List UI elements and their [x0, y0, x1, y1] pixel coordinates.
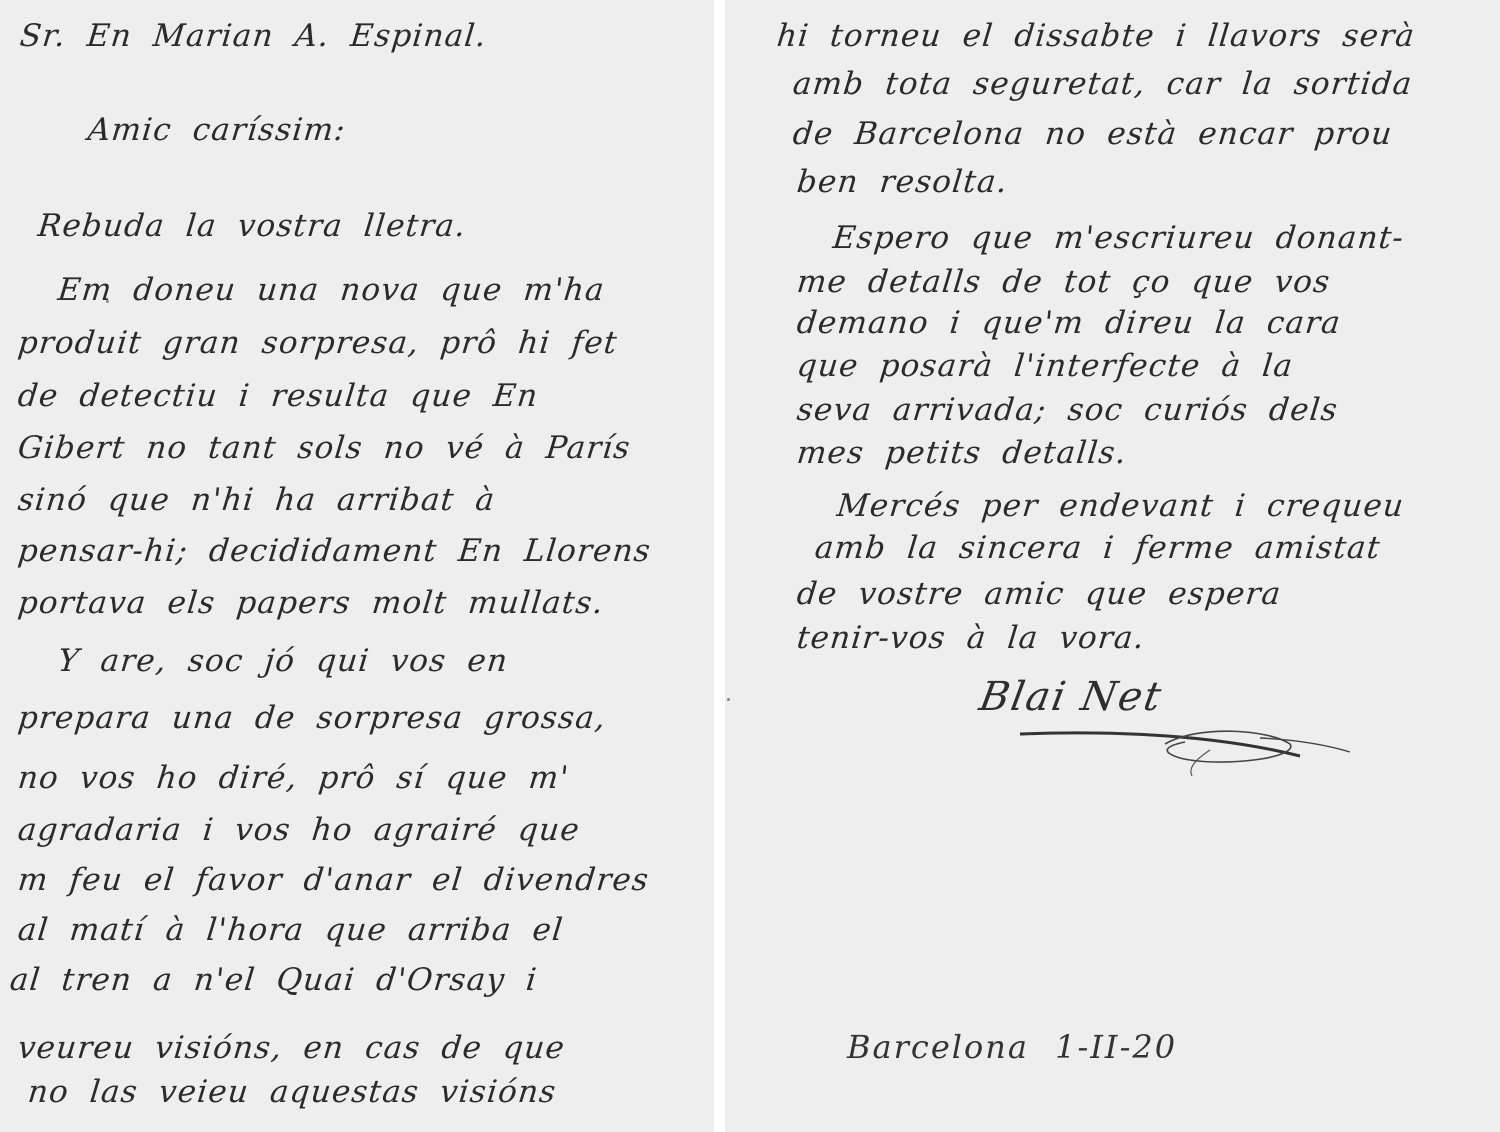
letter-line: tenir-vos à la vora.	[795, 620, 1147, 656]
letter-line: produit gran sorpresa, prô hi fet	[16, 325, 619, 361]
letter-line: de detectiu i resulta que En	[16, 378, 540, 414]
letter-line: ben resolta.	[795, 164, 1010, 200]
letter-line: amb la sincera i ferme amistat	[813, 530, 1382, 566]
letter-line: amb tota seguretat, car la sortida	[791, 66, 1414, 102]
letter-line: Rebuda la vostra lletra.	[36, 208, 468, 244]
letter-page-right: hi torneu el dissabte i llavors serà amb…	[725, 0, 1500, 1132]
letter-line: al matí à l'hora que arriba el	[16, 912, 565, 948]
letter-line: demano i que'm direu la cara	[795, 305, 1343, 341]
signature: Blai Net	[970, 668, 1370, 778]
letter-line: veureu visións, en cas de que	[16, 1030, 567, 1066]
letter-line: Y are, soc jó qui vos en	[56, 643, 510, 679]
letter-line: portava els papers molt mullats.	[16, 585, 606, 621]
date-line: Barcelona 1-II-20	[847, 1028, 1177, 1066]
letter-line: Espero que m'escriureu donant-	[831, 220, 1406, 256]
greeting: Amic caríssim:	[86, 112, 348, 148]
letter-line: de Barcelona no està encar prou	[791, 116, 1394, 152]
salutation-recipient: Sr. En Marian A. Espinal.	[18, 18, 488, 54]
letter-page-left: Sr. En Marian A. Espinal. Amic caríssim:…	[0, 0, 714, 1132]
letter-line: hi torneu el dissabte i llavors serà	[775, 18, 1417, 54]
letter-line: de vostre amic que espera	[795, 576, 1283, 612]
letter-line: no vos ho diré, prô sí que m'	[16, 760, 571, 796]
signature-flourish-icon	[970, 668, 1370, 778]
letter-line: Mercés per endevant i crequeu	[835, 488, 1406, 524]
paper-speck	[727, 698, 730, 701]
letter-line: al tren a n'el Quai d'Orsay i	[8, 962, 539, 998]
paper-speck	[106, 300, 109, 303]
letter-line: mes petits detalls.	[795, 435, 1129, 471]
letter-line: prepara una de sorpresa grossa,	[16, 700, 608, 736]
letter-line: Em doneu una nova que m'ha	[56, 272, 607, 308]
letter-line: agradaria i vos ho agrairé que	[16, 812, 582, 848]
letter-line: que posarà l'interfecte à la	[795, 348, 1295, 384]
letter-line: no las veieu aquestas visións	[26, 1074, 558, 1110]
letter-line: me detalls de tot ço que vos	[795, 264, 1332, 300]
page-gutter	[714, 0, 725, 1132]
letter-line: sinó que n'hi ha arribat à	[16, 482, 497, 518]
letter-line: seva arrivada; soc curiós dels	[795, 392, 1340, 428]
letter-line: pensar-hi; decididament En Llorens	[16, 533, 653, 569]
letter-line: m feu el favor d'anar el divendres	[16, 862, 651, 898]
letter-line: Gibert no tant sols no vé à París	[16, 430, 632, 466]
